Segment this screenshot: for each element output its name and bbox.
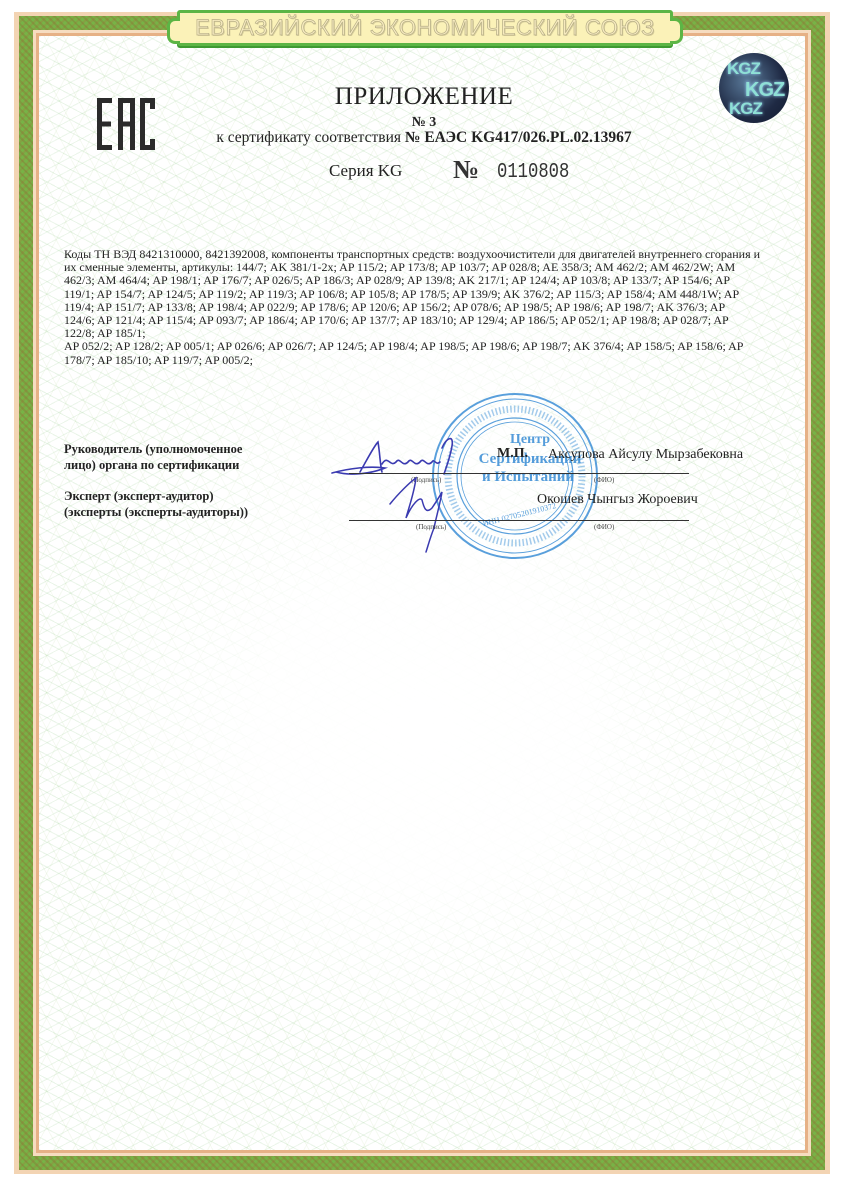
body-line: 178/7; AP 185/10; AP 119/7; AP 005/2; — [64, 354, 799, 367]
body-line: 124/6; AP 121/4; AP 115/4; AP 093/7; AP … — [64, 314, 799, 327]
head-role-line1: Руководитель (уполномоченное — [64, 441, 242, 457]
expert-role-label: Эксперт (эксперт-аудитор) (эксперты (экс… — [64, 488, 248, 520]
seal-label: М.П. — [497, 446, 528, 462]
head-role-line2: лицо) органа по сертификации — [64, 457, 242, 473]
serial-number: 0110808 — [497, 161, 569, 184]
security-pattern-fade-top — [39, 36, 805, 1150]
certificate-number: № ЕАЭС KG417/026.PL.02.13967 — [405, 129, 632, 146]
hologram-text: KGZ — [727, 59, 760, 79]
stamp-text-line1: Центр — [510, 432, 550, 447]
body-line: 462/3; AM 464/4; AP 198/1; AP 176/7; AP … — [64, 274, 799, 287]
union-banner-text: ЕВРАЗИЙСКИЙ ЭКОНОМИЧЕСКИЙ СОЮЗ — [195, 15, 655, 41]
union-banner: ЕВРАЗИЙСКИЙ ЭКОНОМИЧЕСКИЙ СОЮЗ — [177, 10, 673, 46]
expert-signature — [384, 474, 454, 554]
expert-signature-line — [349, 520, 689, 521]
serial-number-sign: № — [453, 155, 479, 185]
product-codes-text: Коды ТН ВЭД 8421310000, 8421392008, комп… — [64, 248, 799, 367]
body-line: AP 052/2; AP 128/2; AP 005/1; AP 026/6; … — [64, 340, 799, 353]
certificate-prefix: к сертификату соответствия — [216, 129, 401, 146]
expert-sign-caption: (Подпись) — [416, 523, 446, 531]
certificate-reference: к сертификату соответствия № ЕАЭС KG417/… — [0, 129, 848, 147]
head-role-label: Руководитель (уполномоченное лицо) орган… — [64, 441, 242, 473]
expert-role-line2: (эксперты (эксперты-аудиторы)) — [64, 504, 248, 520]
stamp-text-line3: и Испытаний — [482, 469, 574, 485]
expert-name: Окошев Чынгыз Жороевич — [537, 492, 698, 508]
series-label: Серия KG — [329, 161, 402, 181]
expert-fio-caption: (ФИО) — [594, 523, 614, 531]
expert-role-line1: Эксперт (эксперт-аудитор) — [64, 488, 248, 504]
head-fio-caption: (ФИО) — [594, 476, 614, 484]
certificate-paper — [39, 36, 805, 1150]
body-line: 119/1; AP 154/7; AP 124/5; AP 119/2; AP … — [64, 288, 799, 301]
head-name: Аксупова Айсулу Мырзабековна — [548, 447, 743, 463]
document-title: ПРИЛОЖЕНИЕ — [0, 83, 848, 111]
